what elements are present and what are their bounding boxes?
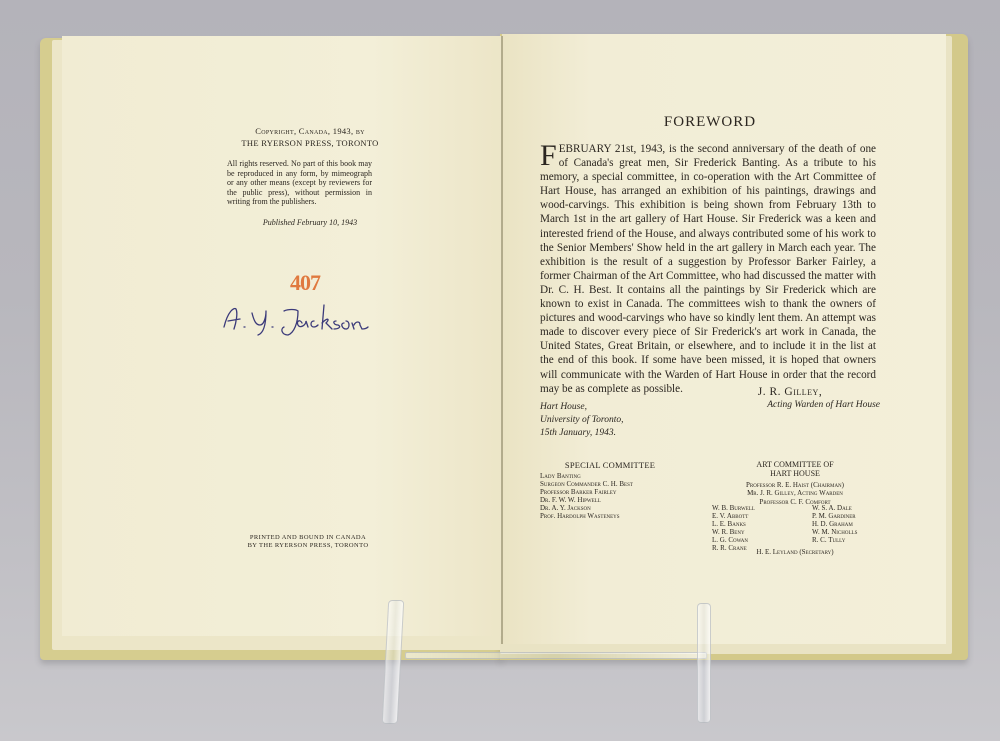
list-item: R. C. Tully xyxy=(812,537,902,545)
publisher-line: THE RYERSON PRESS, TORONTO xyxy=(220,137,400,149)
printed-line-2: BY THE RYERSON PRESS, TORONTO xyxy=(238,542,378,550)
list-item: Dr. A. Y. Jackson xyxy=(540,504,700,512)
list-item: Professor Barker Fairley xyxy=(540,488,700,496)
art-committee-secretary: H. E. Leyland (Secretary) xyxy=(700,548,890,556)
copy-number-stamp: 407 xyxy=(280,270,330,296)
list-item: Professor R. E. Haist (Chairman) xyxy=(700,481,890,489)
list-item: Surgeon Commander C. H. Best xyxy=(540,480,700,488)
book-gutter xyxy=(501,36,503,644)
art-committee-column-1: W. B. Burwell E. V. Abbott L. E. Banks W… xyxy=(712,505,802,552)
list-item: Lady Banting xyxy=(540,472,700,480)
place-line-2: University of Toronto, xyxy=(540,414,680,427)
signature: A. Y. Jackson xyxy=(218,299,418,339)
art-heading-line-2: HART HOUSE xyxy=(720,469,870,478)
signature-ink-icon xyxy=(218,299,418,339)
list-item: Mr. J. R. Gilley, Acting Warden xyxy=(700,489,890,497)
copyright-notice: Copyright, Canada, 1943, by THE RYERSON … xyxy=(220,125,400,149)
signer-name: J. R. Gilley, xyxy=(700,386,880,398)
place-line-3: 15th January, 1943. xyxy=(540,427,680,440)
rights-notice: All rights reserved. No part of this boo… xyxy=(227,159,372,207)
list-item: Prof. Hardolph Wasteneys xyxy=(540,512,700,520)
drop-cap: F xyxy=(540,143,557,169)
art-committee-officers: Professor R. E. Haist (Chairman) Mr. J. … xyxy=(700,481,890,506)
printed-line-1: PRINTED AND BOUND IN CANADA xyxy=(238,534,378,542)
list-item: Dr. F. W. W. Hipwell xyxy=(540,496,700,504)
art-committee-heading: ART COMMITTEE OF HART HOUSE xyxy=(720,460,870,478)
special-committee-heading: SPECIAL COMMITTEE xyxy=(540,460,680,470)
printer-notice: PRINTED AND BOUND IN CANADA BY THE RYERS… xyxy=(238,534,378,550)
foreword-heading: FOREWORD xyxy=(540,114,880,131)
signer-title: Acting Warden of Hart House xyxy=(700,400,880,410)
copyright-line: Copyright, Canada, 1943, by xyxy=(220,125,400,137)
stand-crossbar xyxy=(405,652,707,659)
art-heading-line-1: ART COMMITTEE OF xyxy=(720,460,870,469)
foreword-body: FEBRUARY 21st, 1943, is the second anniv… xyxy=(540,142,876,396)
place-line-1: Hart House, xyxy=(540,401,680,414)
art-committee-column-2: W. S. A. Dale P. M. Gardiner H. D. Graha… xyxy=(812,505,902,545)
foreword-paragraph: EBRUARY 21st, 1943, is the second annive… xyxy=(540,143,876,395)
place-and-date: Hart House, University of Toronto, 15th … xyxy=(540,401,680,440)
publication-date: Published February 10, 1943 xyxy=(220,218,400,227)
special-committee-list: Lady Banting Surgeon Commander C. H. Bes… xyxy=(540,472,700,520)
stand-leg-right xyxy=(697,603,711,723)
